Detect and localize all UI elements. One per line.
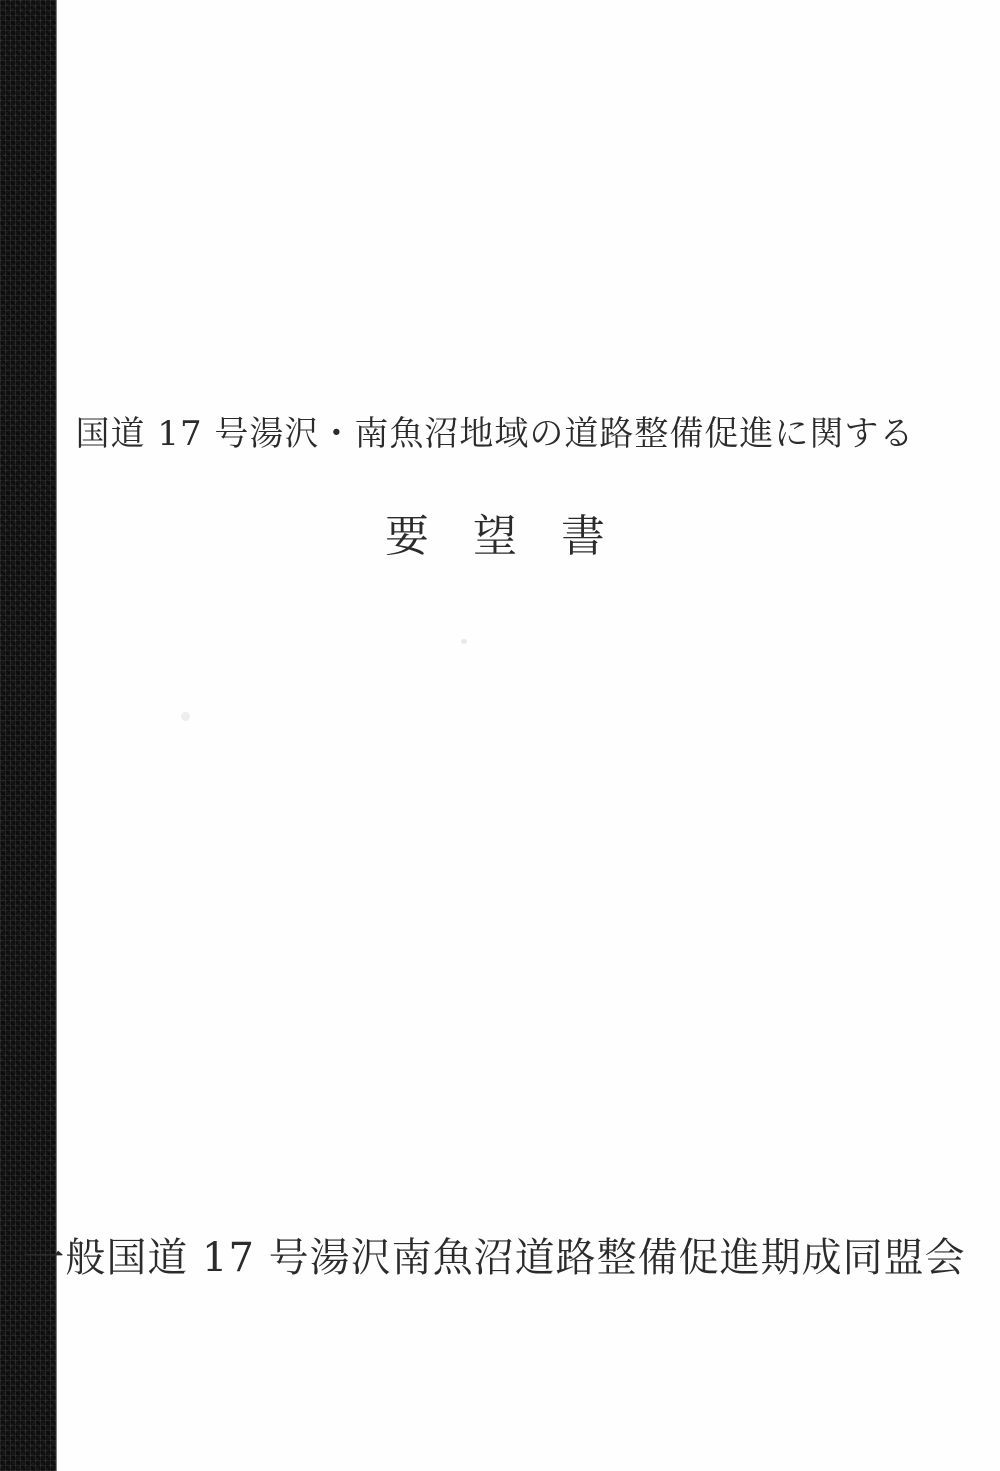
scan-speck bbox=[461, 639, 467, 644]
scan-speck bbox=[181, 712, 190, 721]
document-title: 要 望 書 bbox=[0, 500, 990, 564]
organization-name: 一般国道 17 号湯沢南魚沼道路整備促進期成同盟会 bbox=[0, 1226, 990, 1283]
subject-line: 国道 17 号湯沢・南魚沼地域の道路整備促進に関する bbox=[0, 406, 990, 455]
cover-content: 国道 17 号湯沢・南魚沼地域の道路整備促進に関する 要 望 書 一般国道 17… bbox=[0, 0, 990, 1471]
document-page: 国道 17 号湯沢・南魚沼地域の道路整備促進に関する 要 望 書 一般国道 17… bbox=[0, 0, 1000, 1471]
